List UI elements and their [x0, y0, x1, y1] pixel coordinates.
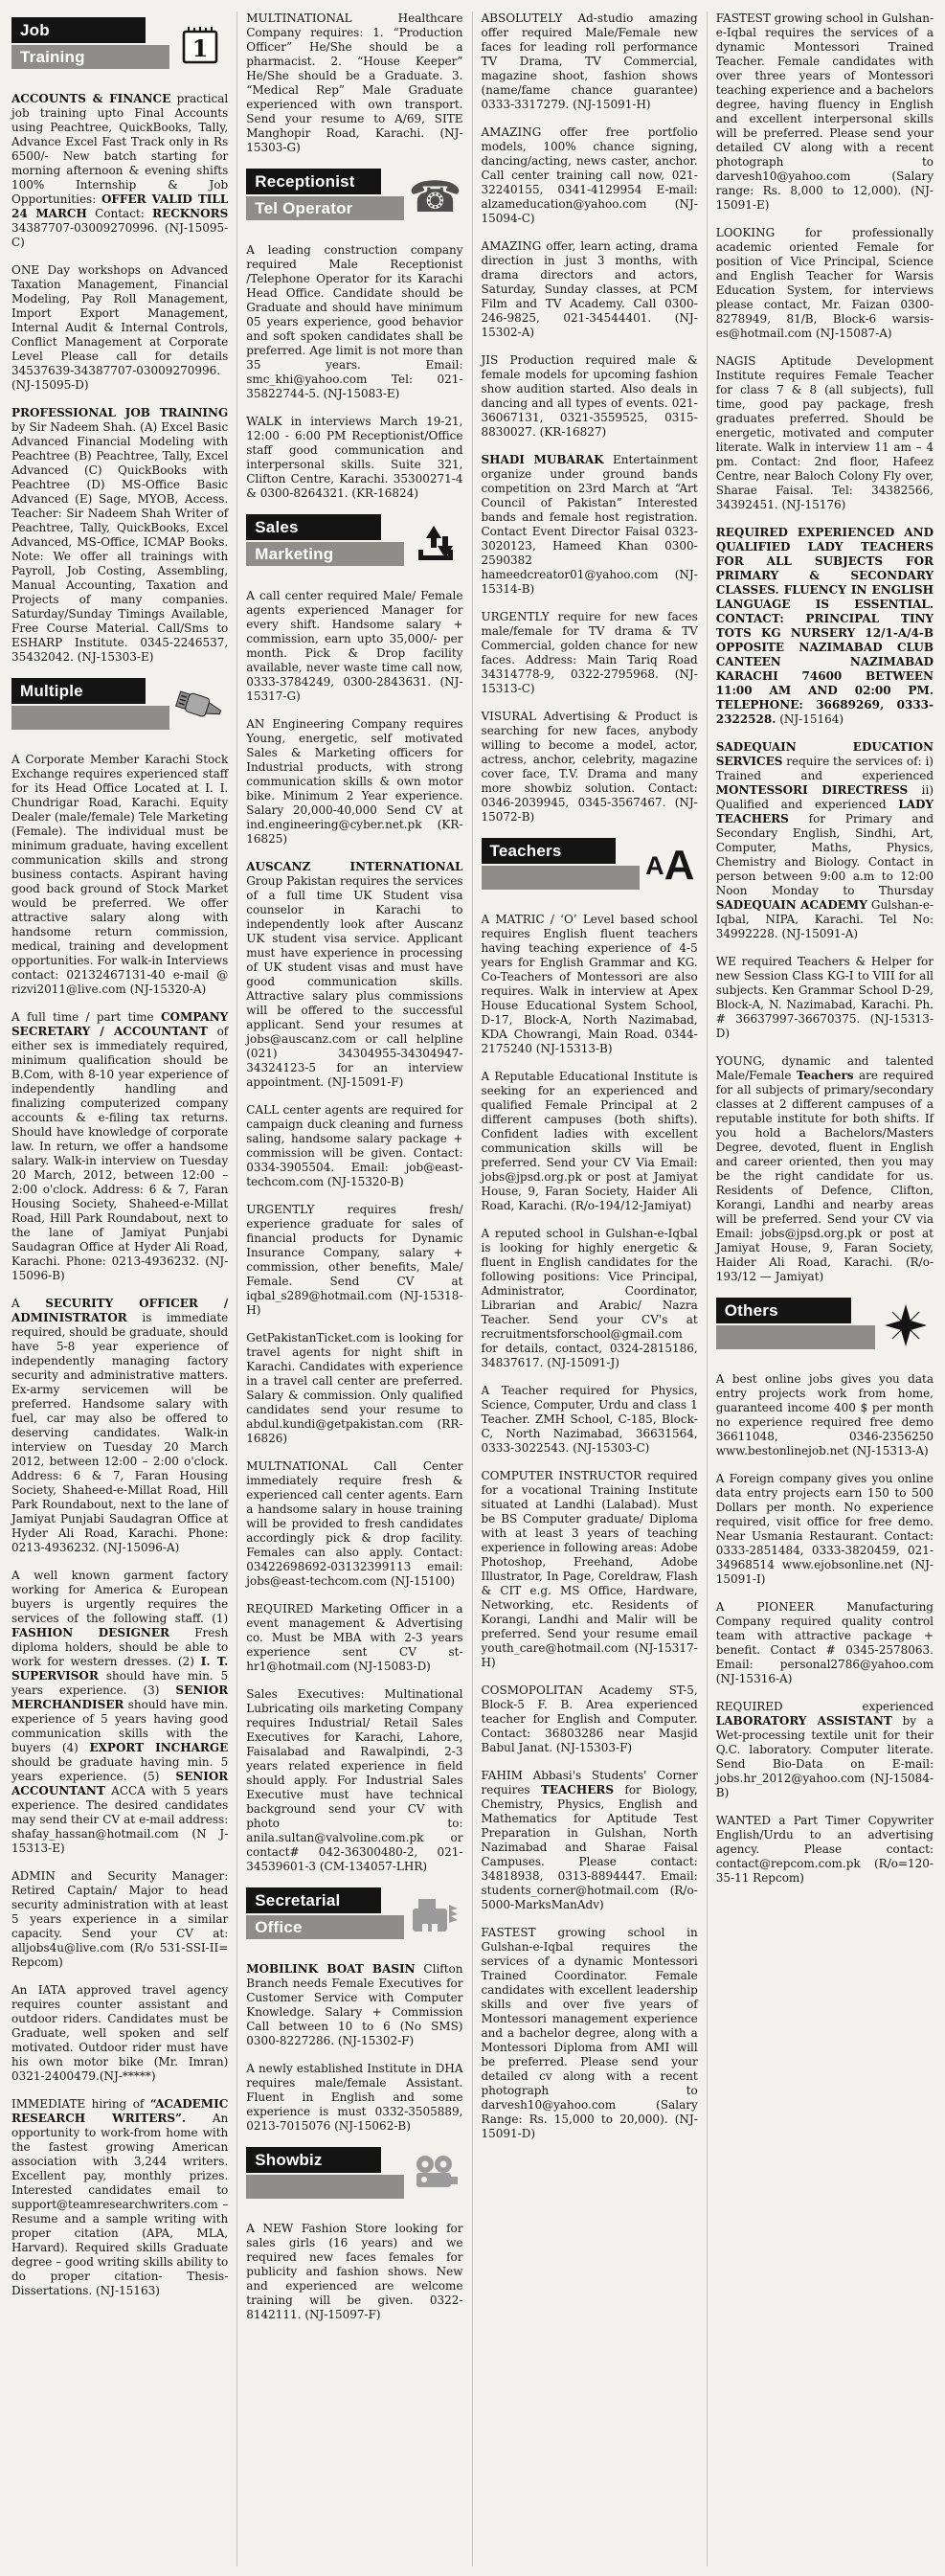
classified-ad: A well known garment factory working for…	[11, 1569, 228, 1856]
section-subtitle: Training	[20, 48, 85, 67]
cable-icon	[172, 679, 228, 733]
office-building-icon	[408, 1888, 463, 1942]
ad-text: A well known garment factory working for…	[11, 1569, 228, 1625]
ad-text: A	[11, 1297, 45, 1310]
classified-ad: PROFESSIONAL JOB TRAINING by Sir Nadeem …	[11, 406, 228, 665]
ad-text: A MATRIC / ‘O’ Level based school requir…	[482, 913, 698, 1055]
ad-text: IMMEDIATE hiring of	[11, 2097, 150, 2111]
classified-ad: A Foreign company gives you online data …	[716, 1472, 934, 1587]
classified-ad: AN Engineering Company requires Young, e…	[246, 717, 462, 847]
calendar-icon: 1	[172, 18, 228, 72]
section-header-receptionist-tel-operator: ReceptionistTel Operator☎	[246, 169, 462, 226]
classified-ad: ABSOLUTELY Ad-studio amazing offer requi…	[482, 11, 698, 112]
section-subtitle-band	[246, 2175, 404, 2199]
film-projector-icon	[408, 2148, 463, 2202]
svg-text:1: 1	[192, 34, 209, 62]
classified-ad: A SECURITY OFFICER / ADMINISTRATOR is im…	[11, 1297, 228, 1555]
section-subtitle-band: Office	[246, 1915, 404, 1939]
classified-ad: FASTEST growing school in Gulshan-e-Iqba…	[482, 1926, 698, 2141]
ad-text: A full time / part time	[11, 1010, 161, 1024]
ad-text: ACCOUNTS & FINANCE	[11, 92, 170, 105]
ad-text: FASHION DESIGNER	[11, 1626, 169, 1639]
classified-ad: YOUNG, dynamic and talented Male/Female …	[716, 1054, 934, 1284]
classified-ad: CALL center agents are required for camp…	[246, 1103, 462, 1189]
classified-ad: COMPUTER INSTRUCTOR required for a vocat…	[482, 1469, 698, 1670]
ad-text: A newly established Institute in DHA req…	[246, 2062, 462, 2133]
section-title-band: Multiple	[11, 678, 146, 704]
ad-text: COMPUTER INSTRUCTOR required for a vocat…	[482, 1469, 698, 1669]
classified-ad: MOBILINK BOAT BASIN Clifton Branch needs…	[246, 1962, 462, 2048]
classified-ad: COSMOPOLITAN Academy ST-5, Block-5 F. B.…	[482, 1683, 698, 1755]
ad-text: 34387707-03009270996. (NJ-15095-C)	[11, 221, 228, 249]
ad-text: AMAZING offer, learn acting, drama direc…	[482, 239, 698, 339]
ad-text: NAGIS Aptitude Development Institute req…	[716, 354, 934, 511]
ad-text: A leading construction company required …	[246, 243, 462, 400]
ad-text: CALL center agents are required for camp…	[246, 1103, 462, 1188]
section-subtitle-band	[11, 706, 169, 730]
classified-ad: An IATA approved travel agency requires …	[11, 1983, 228, 2084]
classified-ad: AUSCANZ INTERNATIONAL Group Pakistan req…	[246, 860, 462, 1090]
ad-text: COSMOPOLITAN Academy ST-5, Block-5 F. B.…	[482, 1683, 698, 1754]
ad-text: JIS Production required male & female mo…	[482, 353, 698, 439]
section-header-sales-marketing: SalesMarketing	[246, 514, 462, 572]
ad-text: AN Engineering Company requires Young, e…	[246, 717, 462, 846]
column-4: FASTEST growing school in Gulshan-e-Iqba…	[708, 11, 942, 2566]
ad-text: WANTED a Part Timer Copywriter English/U…	[716, 1814, 934, 1885]
ad-text: FASTEST growing school in Gulshan-e-Iqba…	[482, 1926, 698, 2140]
classified-ad: A call center required Male/ Female agen…	[246, 589, 462, 704]
classified-ad: FASTEST growing school in Gulshan-e-Iqba…	[716, 11, 934, 213]
column-2: MULTINATIONAL Healthcare Company require…	[237, 11, 472, 2566]
ad-text: is immediate required, should be graduat…	[11, 1311, 228, 1554]
section-header-teachers: TeachersAA	[482, 838, 698, 895]
classified-ad: AMAZING offer free portfolio models, 100…	[482, 125, 698, 226]
classified-ad: ONE Day workshops on Advanced Taxation M…	[11, 263, 228, 393]
classified-ad: REQUIRED EXPERIENCED AND QUALIFIED LADY …	[716, 526, 934, 727]
ad-text: ADMIN and Security Manager: Retired Capt…	[11, 1869, 228, 1969]
classified-ad: ACCOUNTS & FINANCE practical job trainin…	[11, 92, 228, 250]
ad-text: ONE Day workshops on Advanced Taxation M…	[11, 263, 228, 392]
ad-text: A Corporate Member Karachi Stock Exchang…	[11, 753, 228, 996]
section-header-others: Others	[716, 1298, 934, 1355]
classified-ad: FAHIM Abbasi's Students' Corner requires…	[482, 1769, 698, 1912]
section-title: Multiple	[20, 682, 83, 701]
sales-arrows-icon	[408, 515, 463, 569]
ad-text: URGENTLY require for new faces male/fema…	[482, 610, 698, 695]
section-subtitle-band	[716, 1325, 875, 1349]
ad-text: AMAZING offer free portfolio models, 100…	[482, 125, 698, 225]
star-icon	[878, 1299, 934, 1352]
ad-text: RECKNORS	[152, 207, 228, 220]
section-title-band: Sales	[246, 514, 380, 540]
classified-ad: Sales Executives: Multinational Lubricat…	[246, 1687, 462, 1874]
classified-ad: SHADI MUBARAK Entertainment organize und…	[482, 453, 698, 597]
section-title-band: Others	[716, 1298, 851, 1323]
ad-text: VISURAL Advertising & Product is searchi…	[482, 710, 698, 824]
section-subtitle-band: Marketing	[246, 542, 404, 566]
ad-text: LABORATORY ASSISTANT	[716, 1714, 892, 1728]
section-subtitle: Office	[255, 1918, 302, 1937]
classified-ad: REQUIRED Marketing Officer in a event ma…	[246, 1602, 462, 1674]
ad-text: LOOKING for professionally academic orie…	[716, 226, 934, 340]
ad-text: are required for all subjects of primary…	[716, 1069, 934, 1283]
ad-text: MULTINATIONAL Healthcare Company require…	[246, 11, 462, 154]
ad-text: Group Pakistan requires the services of …	[246, 874, 462, 1089]
classified-ad: NAGIS Aptitude Development Institute req…	[716, 354, 934, 512]
classified-ad: A Teacher required for Physics, Science,…	[482, 1384, 698, 1456]
aa-letters-icon: AA	[642, 839, 698, 893]
classified-ad: URGENTLY requires fresh/ experience grad…	[246, 1203, 462, 1318]
ad-text: URGENTLY requires fresh/ experience grad…	[246, 1203, 462, 1317]
ad-text: A call center required Male/ Female agen…	[246, 589, 462, 703]
classified-ad: A leading construction company required …	[246, 243, 462, 401]
section-header-multiple: Multiple	[11, 678, 228, 735]
classified-ad: IMMEDIATE hiring of “ACADEMIC RESEARCH W…	[11, 2097, 228, 2298]
classified-ad: WANTED a Part Timer Copywriter English/U…	[716, 1814, 934, 1886]
ad-text: EXPORT INCHARGE	[89, 1741, 228, 1754]
section-title: Showbiz	[255, 2151, 322, 2170]
column-3: ABSOLUTELY Ad-studio amazing offer requi…	[473, 11, 708, 2566]
ad-text: by Sir Nadeem Shah. (A) Excel Basic Adva…	[11, 420, 228, 664]
ad-text: REQUIRED EXPERIENCED AND QUALIFIED LADY …	[716, 526, 934, 726]
classified-ad: A best online jobs gives you data entry …	[716, 1372, 934, 1458]
ad-text: An opportunity to work-from home with th…	[11, 2112, 228, 2297]
classified-ad: URGENTLY require for new faces male/fema…	[482, 610, 698, 696]
classified-ad: LOOKING for professionally academic orie…	[716, 226, 934, 341]
classified-ad: VISURAL Advertising & Product is searchi…	[482, 710, 698, 825]
classified-ad: JIS Production required male & female mo…	[482, 353, 698, 440]
classified-ad: A Reputable Educational Institute is see…	[482, 1070, 698, 1213]
classified-ad: SADEQUAIN EDUCATION SERVICES require the…	[716, 740, 934, 941]
ad-text: Entertainment organize under ground band…	[482, 453, 698, 596]
section-subtitle-band: Training	[11, 45, 169, 69]
ad-text: ABSOLUTELY Ad-studio amazing offer requi…	[482, 11, 698, 111]
section-title: Job	[20, 21, 50, 40]
classified-ad: A MATRIC / ‘O’ Level based school requir…	[482, 913, 698, 1056]
classified-ad: A Corporate Member Karachi Stock Exchang…	[11, 753, 228, 997]
ad-text: Sales Executives: Multinational Lubricat…	[246, 1687, 462, 1873]
ad-text: SADEQUAIN ACADEMY	[716, 898, 867, 912]
section-header-job-training: JobTraining1	[11, 17, 228, 75]
ad-text: A PIONEER Manufacturing Company required…	[716, 1600, 934, 1685]
classified-ad: A NEW Fashion Store looking for sales gi…	[246, 2222, 462, 2322]
ad-text: FASTEST growing school in Gulshan-e-Iqba…	[716, 11, 934, 212]
ad-text: PROFESSIONAL JOB TRAINING	[11, 406, 228, 419]
ad-text: for Biology, Chemistry, Physics, English…	[482, 1783, 698, 1911]
ad-text: A reputed school in Gulshan-e-Iqbal is l…	[482, 1227, 698, 1369]
classified-ad: MULTINATIONAL Healthcare Company require…	[246, 11, 462, 155]
classified-ad: A PIONEER Manufacturing Company required…	[716, 1600, 934, 1686]
section-title-band: Showbiz	[246, 2147, 380, 2173]
classified-ad: REQUIRED experienced LABORATORY ASSISTAN…	[716, 1700, 934, 1800]
classified-ad: ADMIN and Security Manager: Retired Capt…	[11, 1869, 228, 1970]
section-subtitle: Marketing	[255, 545, 333, 564]
ad-text: MOBILINK BOAT BASIN	[246, 1962, 415, 1976]
ad-text: MONTESSORI DIRECTRESS	[716, 783, 908, 797]
ad-text: WE required Teachers & Helper for new Se…	[716, 955, 934, 1040]
ad-text: Contact:	[87, 207, 152, 220]
ad-text: WALK in interviews March 19-21, 12:00 - …	[246, 415, 462, 500]
section-title: Others	[725, 1301, 778, 1321]
section-header-secretarial-office: SecretarialOffice	[246, 1887, 462, 1945]
ad-text: Teachers	[797, 1069, 854, 1082]
ad-text: practical job training upto Final Accoun…	[11, 92, 228, 206]
section-title: Teachers	[490, 842, 562, 861]
ad-text: SHADI MUBARAK	[482, 453, 604, 466]
ad-text: GetPakistanTicket.com is looking for tra…	[246, 1331, 462, 1445]
ad-text: TEACHERS	[541, 1783, 614, 1796]
section-title-band: Job	[11, 17, 146, 43]
ad-text: MULTNATIONAL Call Center immediately req…	[246, 1459, 462, 1588]
classified-ad: GetPakistanTicket.com is looking for tra…	[246, 1331, 462, 1446]
ad-text: An IATA approved travel agency requires …	[11, 1983, 228, 2083]
newspaper-page: JobTraining1ACCOUNTS & FINANCE practical…	[0, 0, 945, 2576]
ad-text: REQUIRED Marketing Officer in a event ma…	[246, 1602, 462, 1673]
classified-ad: A reputed school in Gulshan-e-Iqbal is l…	[482, 1227, 698, 1370]
classified-ad: A full time / part time COMPANY SECRETAR…	[11, 1010, 228, 1283]
section-title-band: Teachers	[482, 838, 616, 864]
ad-text: of either sex is immediately required, m…	[11, 1025, 228, 1282]
ad-text: A Teacher required for Physics, Science,…	[482, 1384, 698, 1455]
classified-ad: AMAZING offer, learn acting, drama direc…	[482, 239, 698, 340]
section-subtitle-band: Tel Operator	[246, 196, 404, 220]
section-subtitle-band	[482, 866, 640, 890]
section-title-band: Secretarial	[246, 1887, 380, 1913]
ad-text: REQUIRED experienced	[716, 1700, 934, 1713]
ad-text: A NEW Fashion Store looking for sales gi…	[246, 2222, 462, 2321]
ad-text: AUSCANZ INTERNATIONAL	[246, 860, 462, 873]
classified-ad: WE required Teachers & Helper for new Se…	[716, 955, 934, 1041]
ad-text: (NJ-15164)	[776, 712, 844, 726]
telephone-icon: ☎	[408, 169, 463, 223]
section-title-band: Receptionist	[246, 169, 380, 194]
section-subtitle: Tel Operator	[255, 199, 352, 218]
classified-ad: MULTNATIONAL Call Center immediately req…	[246, 1459, 462, 1589]
classified-ad: A newly established Institute in DHA req…	[246, 2062, 462, 2134]
section-title: Secretarial	[255, 1891, 340, 1910]
column-1: JobTraining1ACCOUNTS & FINANCE practical…	[3, 11, 237, 2566]
ad-text: A Reputable Educational Institute is see…	[482, 1070, 698, 1212]
classified-ad: WALK in interviews March 19-21, 12:00 - …	[246, 415, 462, 501]
section-title: Sales	[255, 518, 298, 537]
ad-text: A best online jobs gives you data entry …	[716, 1372, 934, 1457]
section-header-showbiz: Showbiz	[246, 2147, 462, 2204]
ad-text: A Foreign company gives you online data …	[716, 1472, 934, 1586]
section-title: Receptionist	[255, 172, 354, 192]
